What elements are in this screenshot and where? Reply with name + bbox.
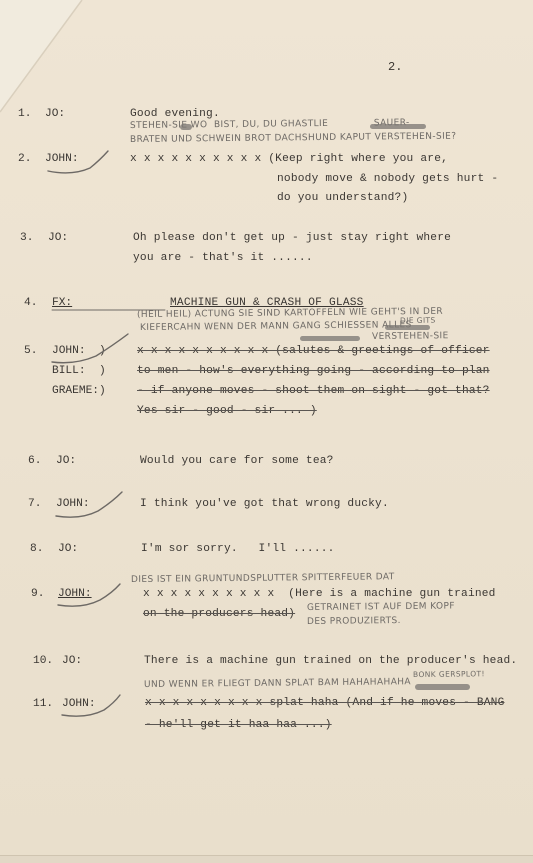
- annotation-line-1b: BRATEN UND SCHWEIN BROT DACHSHUND KAPUT …: [130, 132, 457, 145]
- annotation-line-4c: DIE GITS: [400, 316, 436, 325]
- dialogue-text: Oh please don't get up - just stay right…: [133, 232, 451, 244]
- scribble-mark: [180, 124, 192, 130]
- speaker: JOHN: ): [52, 345, 106, 357]
- speaker: JOHN:: [62, 698, 96, 710]
- dialogue-text: x x x x x x x x x x (salutes & greetings…: [137, 345, 490, 357]
- annotation-line-4d: VERSTEHEN-SIE: [372, 331, 449, 342]
- speaker: FX:: [52, 297, 72, 309]
- dialogue-text: I'm sor sorry. I'll ......: [141, 543, 335, 555]
- dialogue-text: do you understand?): [277, 192, 408, 204]
- annotation-line-4a: (HEIL HEIL) ACTUNG SIE SIND KARTOFFELN W…: [137, 307, 443, 320]
- scribble-mark: [385, 325, 430, 330]
- line-number: 6.: [28, 455, 41, 467]
- line-number: 2.: [18, 153, 31, 165]
- scribble-mark: [300, 336, 360, 341]
- line-number: 9.: [31, 588, 44, 600]
- annotation-line-9b: GETRAINET IST AUF DEM KOPF: [307, 601, 455, 613]
- line-number: 4.: [24, 297, 37, 309]
- annotation-line-9a: DIES IST EIN GRUNTUNDSPLUTTER SPITTERFEU…: [131, 572, 395, 585]
- line-number: 3.: [20, 232, 33, 244]
- line-number: 8.: [30, 543, 43, 555]
- speaker: JO:: [62, 655, 82, 667]
- speaker: JO:: [45, 108, 65, 120]
- dialogue-text: you are - that's it ......: [133, 252, 313, 264]
- dialogue-text: There is a machine gun trained on the pr…: [144, 655, 517, 667]
- speaker: JOHN:: [56, 498, 90, 510]
- line-number: 11.: [33, 698, 53, 710]
- dialogue-text: I think you've got that wrong ducky.: [140, 498, 389, 510]
- speaker: JO:: [56, 455, 76, 467]
- page-number: 2.: [388, 60, 402, 74]
- page-bottom-edge: [0, 855, 533, 863]
- scribble-mark: [370, 124, 426, 129]
- dialogue-text: x x x x x x x x x x (Here is a machine g…: [143, 588, 496, 600]
- dialogue-text: to men - how's everything going - accord…: [137, 365, 490, 377]
- dialogue-text: - he'll get it haa haa ...): [145, 719, 332, 731]
- speaker: JO:: [58, 543, 78, 555]
- dialogue-text: Yes sir - good - sir ... ): [137, 405, 317, 417]
- speaker: GRAEME:): [52, 385, 106, 397]
- script-page: 2. STEHEN-SIE WO BIST, DU, DU GHASTLIE S…: [0, 0, 533, 863]
- dialogue-text: x x x x x x x x x x (Keep right where yo…: [130, 153, 448, 165]
- dialogue-text: nobody move & nobody gets hurt -: [277, 173, 498, 185]
- speaker: JO:: [48, 232, 68, 244]
- speaker: JOHN:: [58, 588, 92, 600]
- line-number: 7.: [28, 498, 41, 510]
- speaker: BILL: ): [52, 365, 106, 377]
- speaker: JOHN:: [45, 153, 79, 165]
- line-number: 1.: [18, 108, 31, 120]
- annotation-line-11: UND WENN ER FLIEGT DANN SPLAT BAM HAHAHA…: [144, 677, 411, 690]
- dialogue-text: on the producers head): [143, 608, 295, 620]
- annotation-line-1a: STEHEN-SIE WO BIST, DU, DU GHASTLIE SAUE…: [130, 118, 410, 131]
- line-number: 5.: [24, 345, 37, 357]
- dialogue-text: - if anyone moves - shoot them on sight …: [137, 385, 490, 397]
- dialogue-text: Would you care for some tea?: [140, 455, 334, 467]
- dialogue-text: x x x x x x x x x splat haha (And if he …: [145, 697, 505, 709]
- scribble-mark: [415, 684, 470, 690]
- dialogue-text: Good evening.: [130, 108, 220, 120]
- annotation-line-10: BONK GERSPLOT!: [413, 669, 485, 679]
- line-number: 10.: [33, 655, 53, 667]
- annotation-line-9c: DES PRODUZIERTS.: [307, 616, 401, 627]
